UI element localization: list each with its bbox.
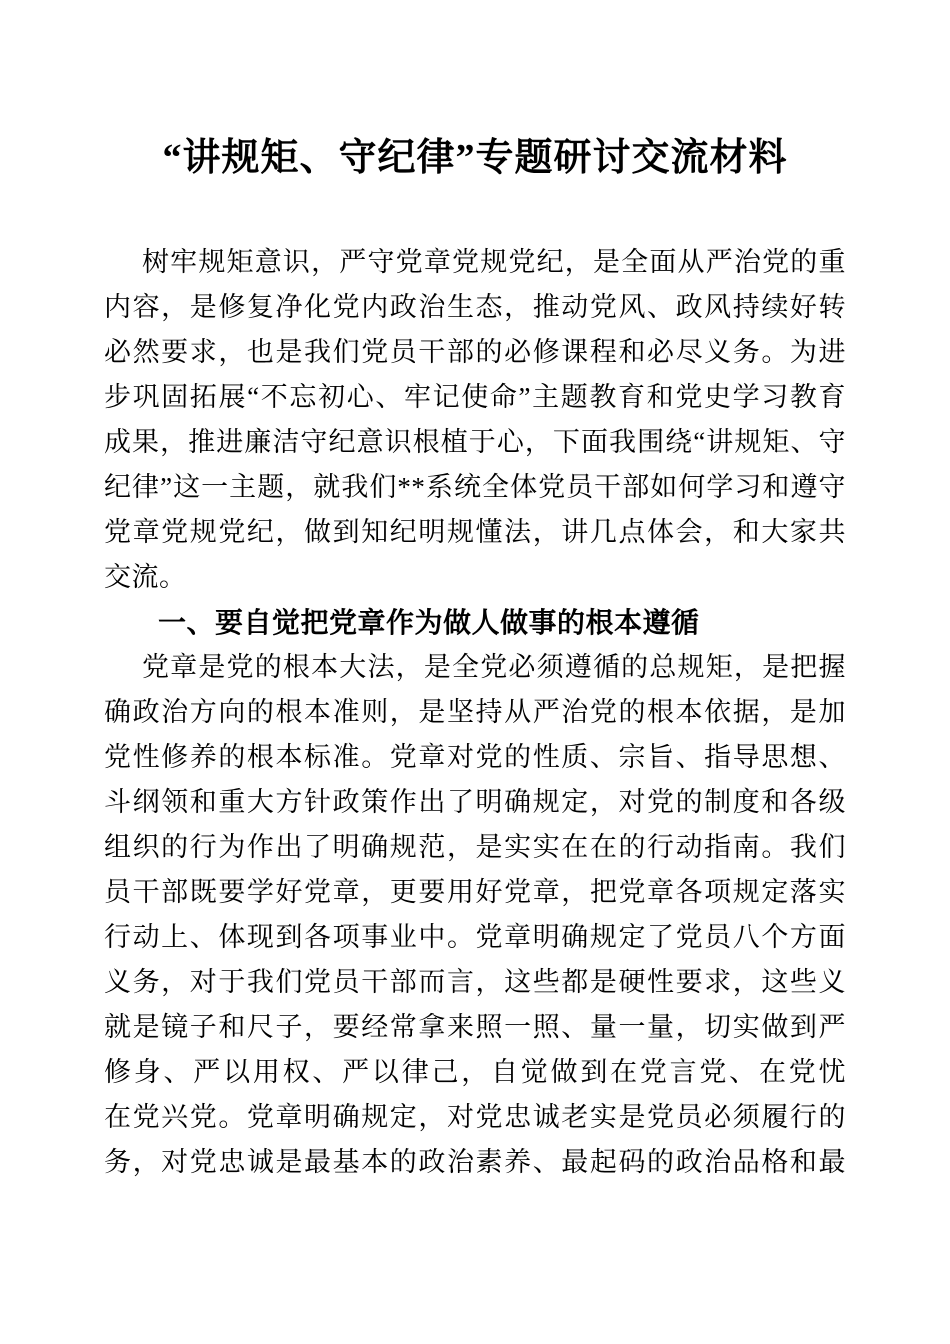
paragraph: 树牢规矩意识，严守党章党规党纪，是全面从严治党的重要内容，是修复净化党内政治生态… bbox=[104, 240, 846, 600]
text-line: 组织的行为作出了明确规范，是实实在在的行动指南。我们党 bbox=[104, 825, 846, 870]
text-line: 就是镜子和尺子，要经常拿来照一照、量一量，切实做到严以 bbox=[104, 1005, 846, 1050]
text-line: 务，对党忠诚是最基本的政治素养、最起码的政治品格和最根 bbox=[104, 1140, 846, 1185]
text-line: 在党兴党。党章明确规定，对党忠诚老实是党员必须履行的义 bbox=[104, 1095, 846, 1140]
text-line: 党章党规党纪，做到知纪明规懂法，讲几点体会，和大家共同 bbox=[104, 510, 846, 555]
text-line: 员干部既要学好党章，更要用好党章，把党章各项规定落实到 bbox=[104, 870, 846, 915]
text-line: 必然要求，也是我们党员干部的必修课程和必尽义务。为进一 bbox=[104, 330, 846, 375]
text-line: 纪律”这一主题，就我们**系统全体党员干部如何学习和遵守 bbox=[104, 465, 846, 510]
text-line: 确政治方向的根本准则，是坚持从严治党的根本依据，是加强 bbox=[104, 690, 846, 735]
text-line: 行动上、体现到各项事业中。党章明确规定了党员八个方面的 bbox=[104, 915, 846, 960]
text-line: 交流。 bbox=[104, 555, 846, 600]
paragraph: 党章是党的根本大法，是全党必须遵循的总规矩，是把握正确政治方向的根本准则，是坚持… bbox=[104, 645, 846, 1185]
text-line: 成果，推进廉洁守纪意识根植于心，下面我围绕“讲规矩、守 bbox=[104, 420, 846, 465]
text-line: 斗纲领和重大方针政策作出了明确规定，对党的制度和各级党 bbox=[104, 780, 846, 825]
document-body: 树牢规矩意识，严守党章党规党纪，是全面从严治党的重要内容，是修复净化党内政治生态… bbox=[104, 240, 846, 1185]
document-title: “讲规矩、守纪律”专题研讨交流材料 bbox=[104, 132, 846, 184]
section-heading: 一、要自觉把党章作为做人做事的根本遵循 bbox=[104, 600, 846, 645]
document-page: “讲规矩、守纪律”专题研讨交流材料 树牢规矩意识，严守党章党规党纪，是全面从严治… bbox=[0, 0, 950, 1344]
text-line: 树牢规矩意识，严守党章党规党纪，是全面从严治党的重要 bbox=[104, 240, 846, 285]
text-line: 党章是党的根本大法，是全党必须遵循的总规矩，是把握正 bbox=[104, 645, 846, 690]
text-line: 党性修养的根本标准。党章对党的性质、宗旨、指导思想、奋 bbox=[104, 735, 846, 780]
text-line: 修身、严以用权、严以律己，自觉做到在党言党、在党忧党、 bbox=[104, 1050, 846, 1095]
text-line: 义务，对于我们党员干部而言，这些都是硬性要求，这些义务 bbox=[104, 960, 846, 1005]
text-line: 步巩固拓展“不忘初心、牢记使命”主题教育和党史学习教育 bbox=[104, 375, 846, 420]
text-line: 内容，是修复净化党内政治生态，推动党风、政风持续好转的 bbox=[104, 285, 846, 330]
